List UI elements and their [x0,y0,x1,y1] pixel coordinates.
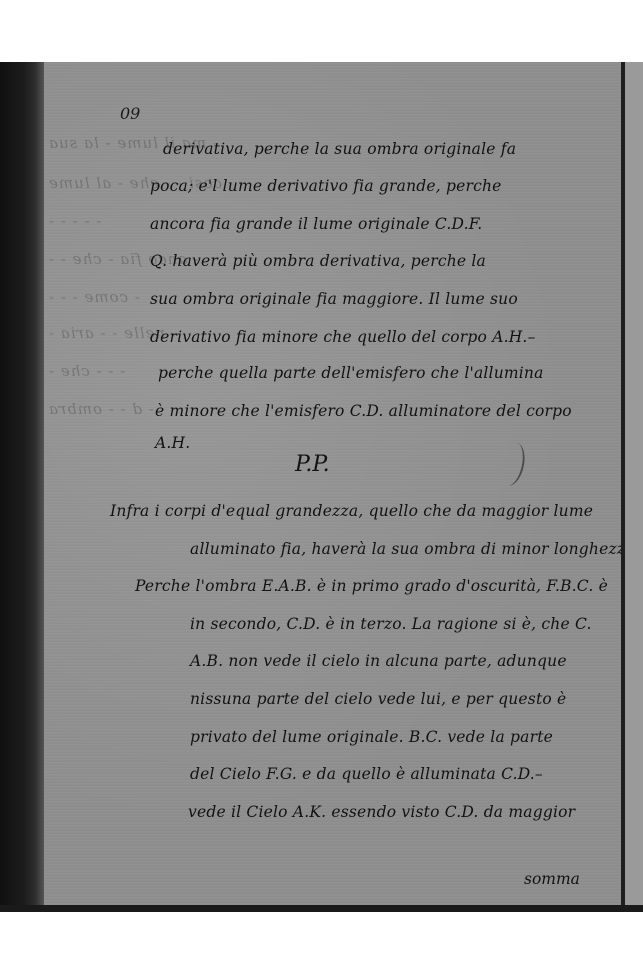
section-heading: P.P. [295,452,330,477]
text-line: A.H. [155,434,190,452]
text-line: perche quella parte dell'emisfero che l'… [158,364,544,382]
text-line: A.B. non vede il cielo in alcuna parte, … [190,652,567,670]
text-line: in secondo, C.D. è in terzo. La ragione … [190,615,592,633]
text-line: derivativa, perche la sua ombra original… [163,140,516,158]
adjacent-page-strip [625,62,643,912]
bottom-page-edge [0,905,643,912]
text-line: vede il Cielo A.K. essendo visto C.D. da… [188,803,575,821]
text-line: è minore che l'emisfero C.D. alluminator… [155,402,572,420]
text-line: privato del lume originale. B.C. vede la… [190,728,553,746]
text-line: sua ombra originale fia maggiore. Il lum… [150,290,518,308]
bleed-through-text: - come - - - [48,288,140,306]
text-line: del Cielo F.G. e da quello è alluminata … [190,765,543,783]
text-line: ancora fia grande il lume originale C.D.… [150,215,482,233]
bleed-through-text: - - - - - [48,212,101,230]
text-line: Infra i corpi d'equal grandezza, quello … [110,502,593,520]
text-line: Q. haverà più ombra derivativa, perche l… [150,252,486,270]
text-line: derivativo fia minore che quello del cor… [150,328,536,346]
catchword: somma [524,870,580,888]
text-line: Perche l'ombra E.A.B. è in primo grado d… [135,577,608,595]
manuscript-scan: - ma il lume - la sua cosi - - che - al … [0,62,643,912]
bleed-through-text: - - - che - [48,362,125,380]
bleed-through-text: - d - - ombra [48,400,154,418]
text-line: alluminato fia, haverà la sua ombra di m… [190,540,635,558]
folio-number: 09 [120,104,140,123]
book-binding-shadow [0,62,44,912]
text-line: poca; e'l lume derivativo fia grande, pe… [150,177,502,195]
decorative-flourish [496,440,529,488]
text-line: nissuna parte del cielo vede lui, e per … [190,690,566,708]
